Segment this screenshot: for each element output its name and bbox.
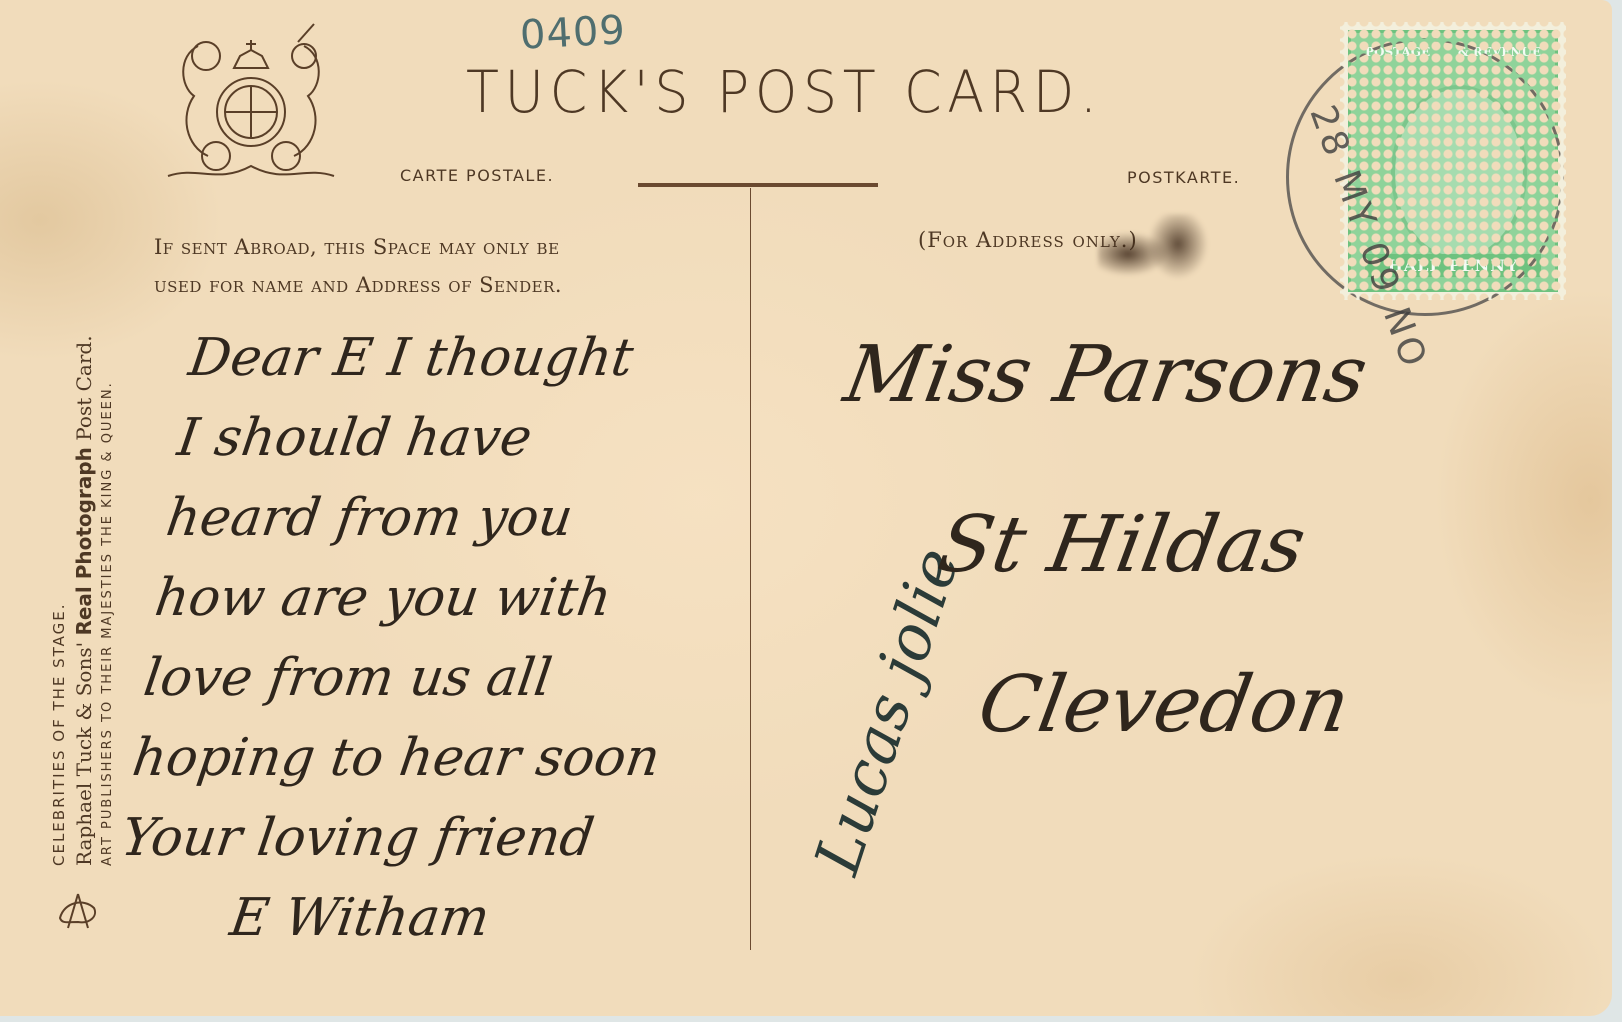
vertical-handwritten-note: Lucas jolie <box>800 539 974 882</box>
address-town: Clevedon <box>972 660 1356 750</box>
publisher-imprint: CELEBRITIES OF THE STAGE. Raphael Tuck &… <box>50 335 115 866</box>
postcard-back: 0409 TUCK'S POST CARD. CARTE POSTALE. PO… <box>0 0 1612 1016</box>
royal-coat-of-arms-icon <box>158 16 344 190</box>
center-divider <box>750 188 751 950</box>
ink-stain <box>1098 214 1218 284</box>
divider-rule <box>638 183 878 187</box>
address-house: St Hildas <box>932 500 1312 590</box>
sender-note: If sent Abroad, this Space may only be u… <box>154 228 562 304</box>
tuck-easel-palette-icon <box>54 888 102 930</box>
address-recipient: Miss Parsons <box>838 330 1374 420</box>
carte-postale-label: CARTE POSTALE. <box>400 166 554 185</box>
postcard-heading: TUCK'S POST CARD. <box>466 58 1103 126</box>
king-portrait-icon <box>1391 85 1527 261</box>
catalog-number: 0409 <box>519 7 627 58</box>
handwritten-message: Dear E I thought I should have heard fro… <box>105 318 721 958</box>
postkarte-label: POSTKARTE. <box>1127 168 1240 187</box>
